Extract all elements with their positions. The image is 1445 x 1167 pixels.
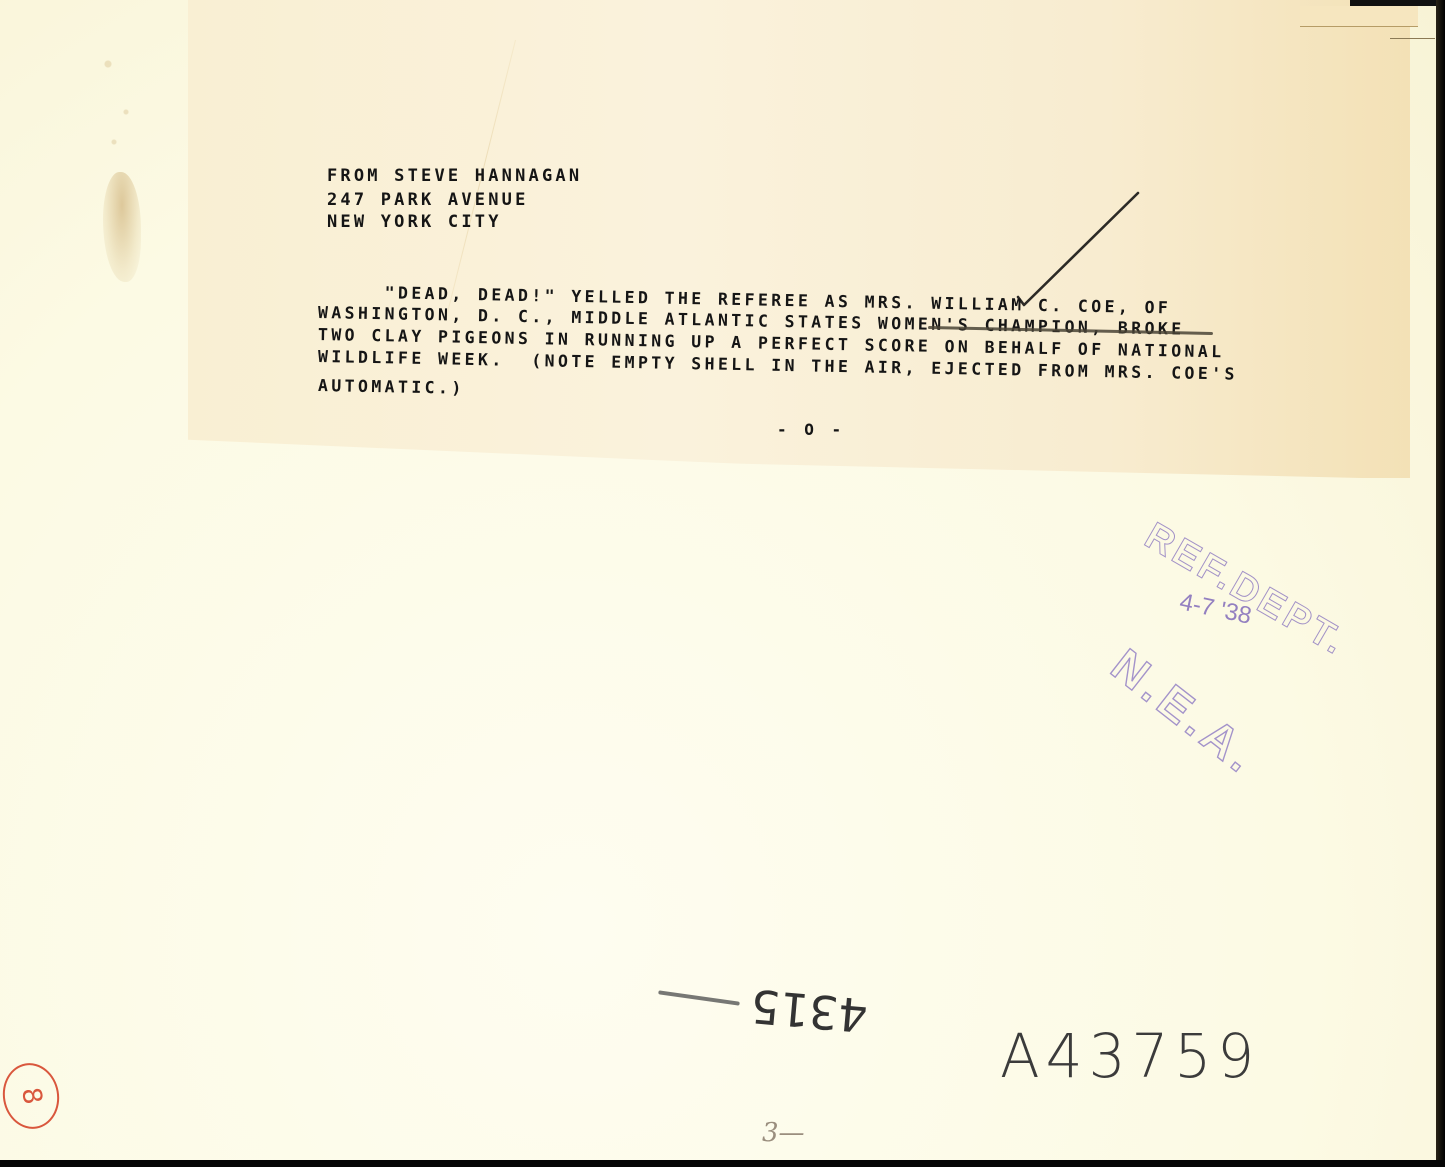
age-spots xyxy=(90,40,150,160)
sender-address: 247 Park Avenue xyxy=(327,190,529,210)
scan-edge-right xyxy=(1436,0,1445,1167)
slip-edge-line xyxy=(1390,38,1435,39)
slip-folded-corner xyxy=(1300,6,1418,27)
checkmark-icon xyxy=(1010,185,1150,310)
handwritten-small-mark: 3— xyxy=(762,1118,805,1148)
scan-edge-bottom xyxy=(0,1160,1445,1167)
scan-edge-top xyxy=(1350,0,1445,6)
sender-name: From Steve Hannagan xyxy=(327,166,582,186)
circled-mark-text: 8 xyxy=(15,1085,47,1107)
pasted-caption-slip xyxy=(188,0,1410,478)
handwritten-reference-number: A43759 xyxy=(1000,1020,1260,1091)
caption-line-5: automatic.) xyxy=(318,376,465,398)
sender-city: New York City xyxy=(327,212,502,232)
caption-separator: - o - xyxy=(777,420,845,439)
handwritten-rotated-number: 4315 xyxy=(748,979,869,1043)
